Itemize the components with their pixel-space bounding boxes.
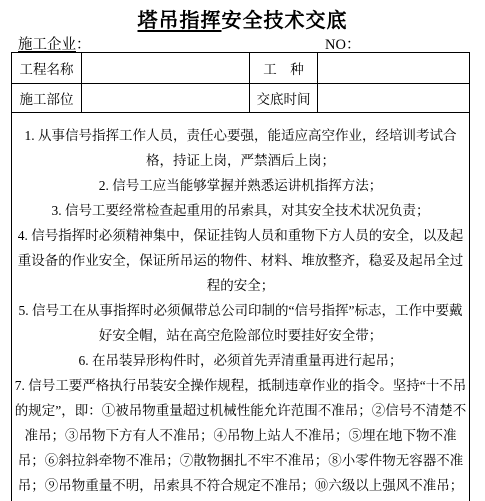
construction-company-label: 施工企业： bbox=[18, 33, 91, 54]
document-number-label: NO： bbox=[325, 33, 360, 54]
safety-item-1: 1. 从事信号指挥工作人员，责任心要强，能适应高空作业，经培训考试合格，持证上岗… bbox=[12, 123, 469, 173]
safety-item-2: 2. 信号工应当能够掌握并熟悉运讲机指挥方法； bbox=[12, 173, 469, 198]
document-page: 塔吊指挥安全技术交底 施工企业： NO： 工程名称 工 种 施工部位 交底时间 bbox=[0, 0, 485, 501]
disclosure-time-value bbox=[318, 84, 470, 113]
project-name-value bbox=[82, 53, 250, 84]
work-type-label: 工 种 bbox=[250, 53, 318, 84]
title-rest-text: 安全技术交底 bbox=[222, 10, 348, 32]
document-title: 塔吊指挥安全技术交底 bbox=[0, 4, 485, 33]
disclosure-time-label: 交底时间 bbox=[250, 84, 318, 113]
construction-company-colon: ： bbox=[76, 37, 91, 53]
table-row: 1. 从事信号指挥工作人员，责任心要强，能适应高空作业，经培训考试合格，持证上岗… bbox=[12, 113, 470, 501]
meta-line: 施工企业： NO： bbox=[0, 33, 485, 51]
construction-part-label: 施工部位 bbox=[12, 84, 82, 113]
project-name-label: 工程名称 bbox=[12, 53, 82, 84]
safety-item-3: 3. 信号工要经常检查起重用的吊索具，对其安全技术状况负责； bbox=[12, 198, 469, 223]
construction-company-text: 施工企业 bbox=[18, 37, 76, 53]
table-row: 施工部位 交底时间 bbox=[12, 84, 470, 113]
safety-item-6: 6. 在吊装异形构件时，必须首先弄清重量再进行起吊； bbox=[12, 348, 469, 373]
info-table: 工程名称 工 种 施工部位 交底时间 1. 从事信号指挥工作人员，责任心要强，能… bbox=[11, 52, 470, 501]
safety-item-5: 5. 信号工在从事指挥时必须佩带总公司印制的“信号指挥”标志，工作中要戴好安全帽… bbox=[12, 298, 469, 348]
content-cell: 1. 从事信号指挥工作人员，责任心要强，能适应高空作业，经培训考试合格，持证上岗… bbox=[12, 113, 470, 501]
safety-item-7: 7. 信号工要严格执行吊装安全操作规程，抵制违章作业的指令。坚持“十不吊的规定”… bbox=[12, 373, 469, 498]
title-underlined-text: 塔吊指挥 bbox=[138, 10, 222, 32]
table-row: 工程名称 工 种 bbox=[12, 53, 470, 84]
safety-item-4: 4. 信号指挥时必须精神集中，保证挂钩人员和重物下方人员的安全，以及起重设备的作… bbox=[12, 223, 469, 298]
construction-part-value bbox=[82, 84, 250, 113]
work-type-value bbox=[318, 53, 470, 84]
